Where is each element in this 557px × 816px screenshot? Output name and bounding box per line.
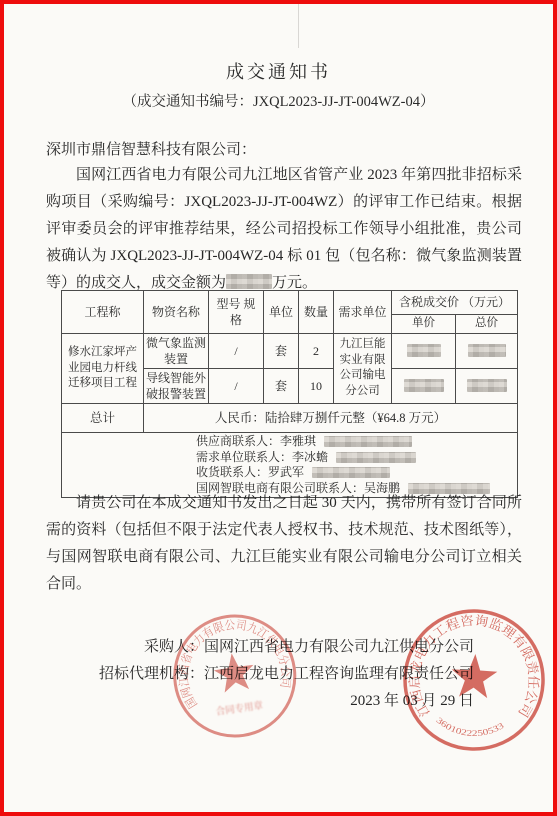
page-title: 成交通知书 [4,58,553,84]
body-paragraph-1: 国网江西省电力有限公司九江地区省管产业 2023 年第四批非招标采购项目（采购编… [46,162,522,297]
redacted-unit-price [404,379,444,392]
col-header-price-group: 含税成交价 （万元） [392,291,518,315]
qty-cell: 10 [299,368,334,403]
total-price-cell [456,368,518,403]
signature-block: 采购人：国网江西省电力有限公司九江供电分公司 招标代理机构：江西启龙电力工程咨询… [99,634,474,715]
col-header-total-price: 总价 [456,315,518,334]
table-row: 修水江家坪产业园电力杆线迁移项目工程 微气象监测装置 / 套 2 九江巨能实业有… [62,333,518,368]
table-contacts-row: 供应商联系人：李雅琪 需求单位联系人：李冰蟾 收货联系人：罗武军 国网智联电商有… [62,433,518,498]
date-line: 2023 年 03 月 29 日 [99,688,474,715]
contacts-cell: 供应商联系人：李雅琪 需求单位联系人：李冰蟾 收货联系人：罗武军 国网智联电商有… [62,433,518,498]
contact-label: 供应商联系人： [196,434,280,448]
agency-line: 招标代理机构：江西启龙电力工程咨询监理有限责任公司 [99,661,474,688]
col-header-model: 型号 规格 [209,291,264,334]
unit-cell: 套 [264,368,299,403]
material-cell: 导线智能外破报警装置 [144,368,209,403]
model-cell: / [209,333,264,368]
contact-line-demand: 需求单位联系人：李冰蟾 [196,450,515,466]
contact-line-supplier: 供应商联系人：李雅琪 [196,434,515,450]
material-cell: 微气象监测装置 [144,333,209,368]
contact-name: 李冰蟾 [292,450,328,464]
col-header-project: 工程称 [62,291,144,334]
qty-cell: 2 [299,333,334,368]
notice-number: （成交通知书编号：JXQL2023-JJ-JT-004WZ-04） [4,90,553,111]
contact-name: 罗武军 [268,465,304,479]
unit-cell: 套 [264,333,299,368]
purchaser-line: 采购人：国网江西省电力有限公司九江供电分公司 [99,634,474,661]
col-header-demand: 需求单位 [334,291,392,334]
redacted-phone [324,436,412,447]
total-amount-cell: 人民币：陆拾肆万捌仟元整（¥64.8 万元） [144,404,518,433]
redacted-phone [336,452,416,463]
redacted-amount [226,274,272,289]
table-total-row: 总计 人民币：陆拾肆万捌仟元整（¥64.8 万元） [62,404,518,433]
contact-label: 需求单位联系人： [196,450,292,464]
body-paragraph-2: 请贵公司在本成交通知书发出之日起 30 天内，携带所有签订合同所需的资料（包括但… [46,490,522,598]
svg-text:3601022250533: 3601022250533 [434,715,506,740]
redacted-unit-price [407,344,441,357]
award-table: 工程称 物资名称 型号 规格 单位 数量 需求单位 含税成交价 （万元） 单价 … [61,290,518,498]
table-header-row: 工程称 物资名称 型号 规格 单位 数量 需求单位 含税成交价 （万元） [62,291,518,315]
model-cell: / [209,368,264,403]
redacted-phone [312,467,390,478]
unit-price-cell [392,333,456,368]
col-header-unit: 单位 [264,291,299,334]
scan-fold-line [298,4,299,48]
redacted-total-price [467,379,507,392]
total-price-cell [456,333,518,368]
contact-label: 收货联系人： [196,465,268,479]
seal-serial-number: 3601022250533 [434,715,506,740]
project-name-cell: 修水江家坪产业园电力杆线迁移项目工程 [62,333,144,404]
paragraph1-text: 国网江西省电力有限公司九江地区省管产业 2023 年第四批非招标采购项目（采购编… [46,167,522,291]
col-header-qty: 数量 [299,291,334,334]
demand-unit-cell: 九江巨能实业有限公司输电分公司 [334,333,392,404]
contact-name: 李雅琪 [280,434,316,448]
paragraph1-suffix: 万元。 [272,275,317,291]
scanned-document-page: 成交通知书 （成交通知书编号：JXQL2023-JJ-JT-004WZ-04） … [0,0,557,816]
col-header-unit-price: 单价 [392,315,456,334]
total-label-cell: 总计 [62,404,144,433]
col-header-material: 物资名称 [144,291,209,334]
addressee: 深圳市鼎信智慧科技有限公司： [46,138,256,159]
unit-price-cell [392,368,456,403]
redacted-total-price [468,344,506,357]
contact-line-receiver: 收货联系人：罗武军 [196,465,515,481]
